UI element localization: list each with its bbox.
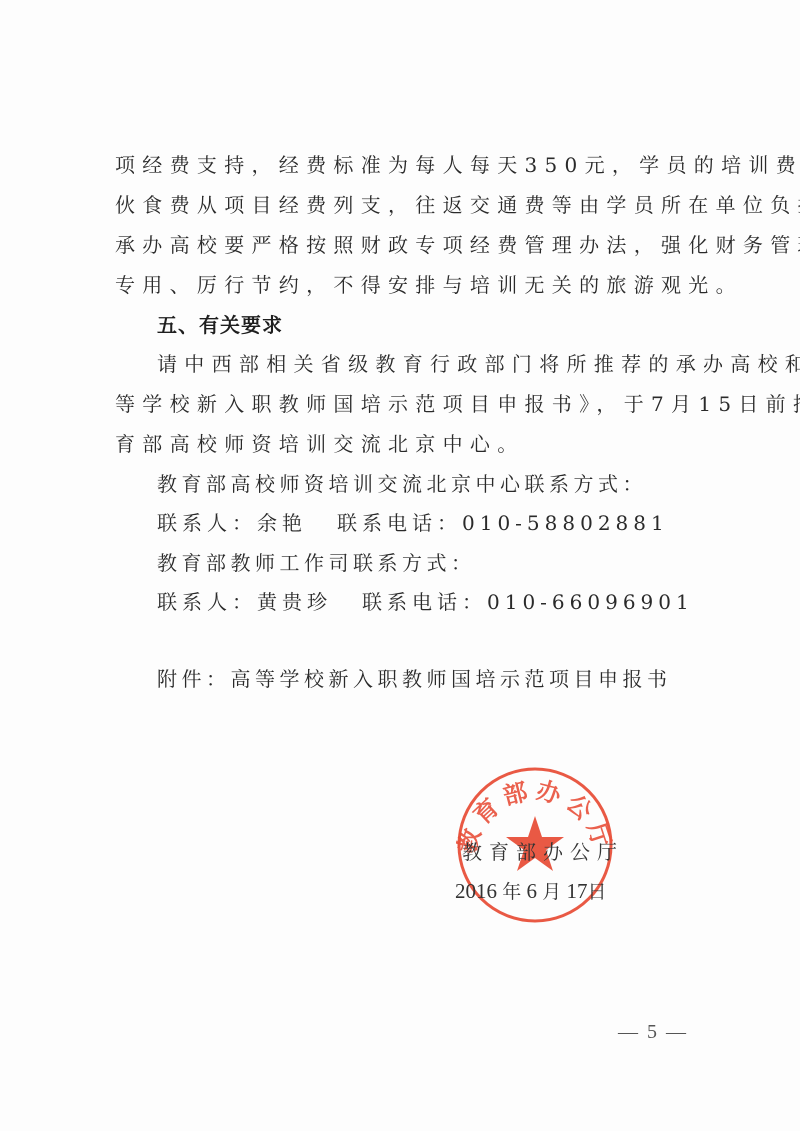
paragraph-line: 承办高校要严格按照财政专项经费管理办法，强化财务管理，专款 xyxy=(115,231,715,259)
contact-org-line: 教育部高校师资培训交流北京中心联系方式： xyxy=(157,470,757,498)
date-day-char: 日 xyxy=(588,881,607,903)
paragraph-line: 等学校新入职教师国培示范项目申报书》，于7月15日前报送教 xyxy=(115,390,715,418)
document-page: 项经费支持，经费标准为每人每天350元，学员的培训费、住宿费、 伙食费从项目经费… xyxy=(0,0,800,1131)
date-month: 6 xyxy=(527,879,538,903)
paragraph-line: 请中西部相关省级教育行政部门将所推荐的承办高校和《高 xyxy=(157,350,757,378)
contact-phone: 联系电话：010-66096901 xyxy=(362,590,694,614)
contact-line: 联系人：余艳联系电话：010-58802881 xyxy=(157,509,757,537)
contact-person: 联系人：黄贵珍 xyxy=(157,590,332,614)
page-number: — 5 — xyxy=(618,1020,688,1044)
paragraph-line: 专用、厉行节约，不得安排与培训无关的旅游观光。 xyxy=(115,271,715,299)
contact-phone: 联系电话：010-58802881 xyxy=(337,511,669,535)
issuer-name: 教育部办公厅 xyxy=(462,838,624,866)
contact-org-line: 教育部教师工作司联系方式： xyxy=(157,549,757,577)
contact-person: 联系人：余艳 xyxy=(157,511,307,535)
date-year-char: 年 xyxy=(502,881,521,903)
paragraph-line: 项经费支持，经费标准为每人每天350元，学员的培训费、住宿费、 xyxy=(115,151,715,179)
paragraph-line: 伙食费从项目经费列支，往返交通费等由学员所在单位负担。各 xyxy=(115,191,715,219)
contact-line: 联系人：黄贵珍联系电话：010-66096901 xyxy=(157,588,757,616)
section-heading: 五、有关要求 xyxy=(157,311,757,339)
issue-date: 2016 年 6 月 17日 xyxy=(455,877,607,906)
date-year: 2016 xyxy=(455,879,497,903)
attachment-line: 附件：高等学校新入职教师国培示范项目申报书 xyxy=(157,665,757,693)
paragraph-line: 育部高校师资培训交流北京中心。 xyxy=(115,430,715,458)
date-month-char: 月 xyxy=(542,881,561,903)
date-day: 17 xyxy=(567,879,588,903)
